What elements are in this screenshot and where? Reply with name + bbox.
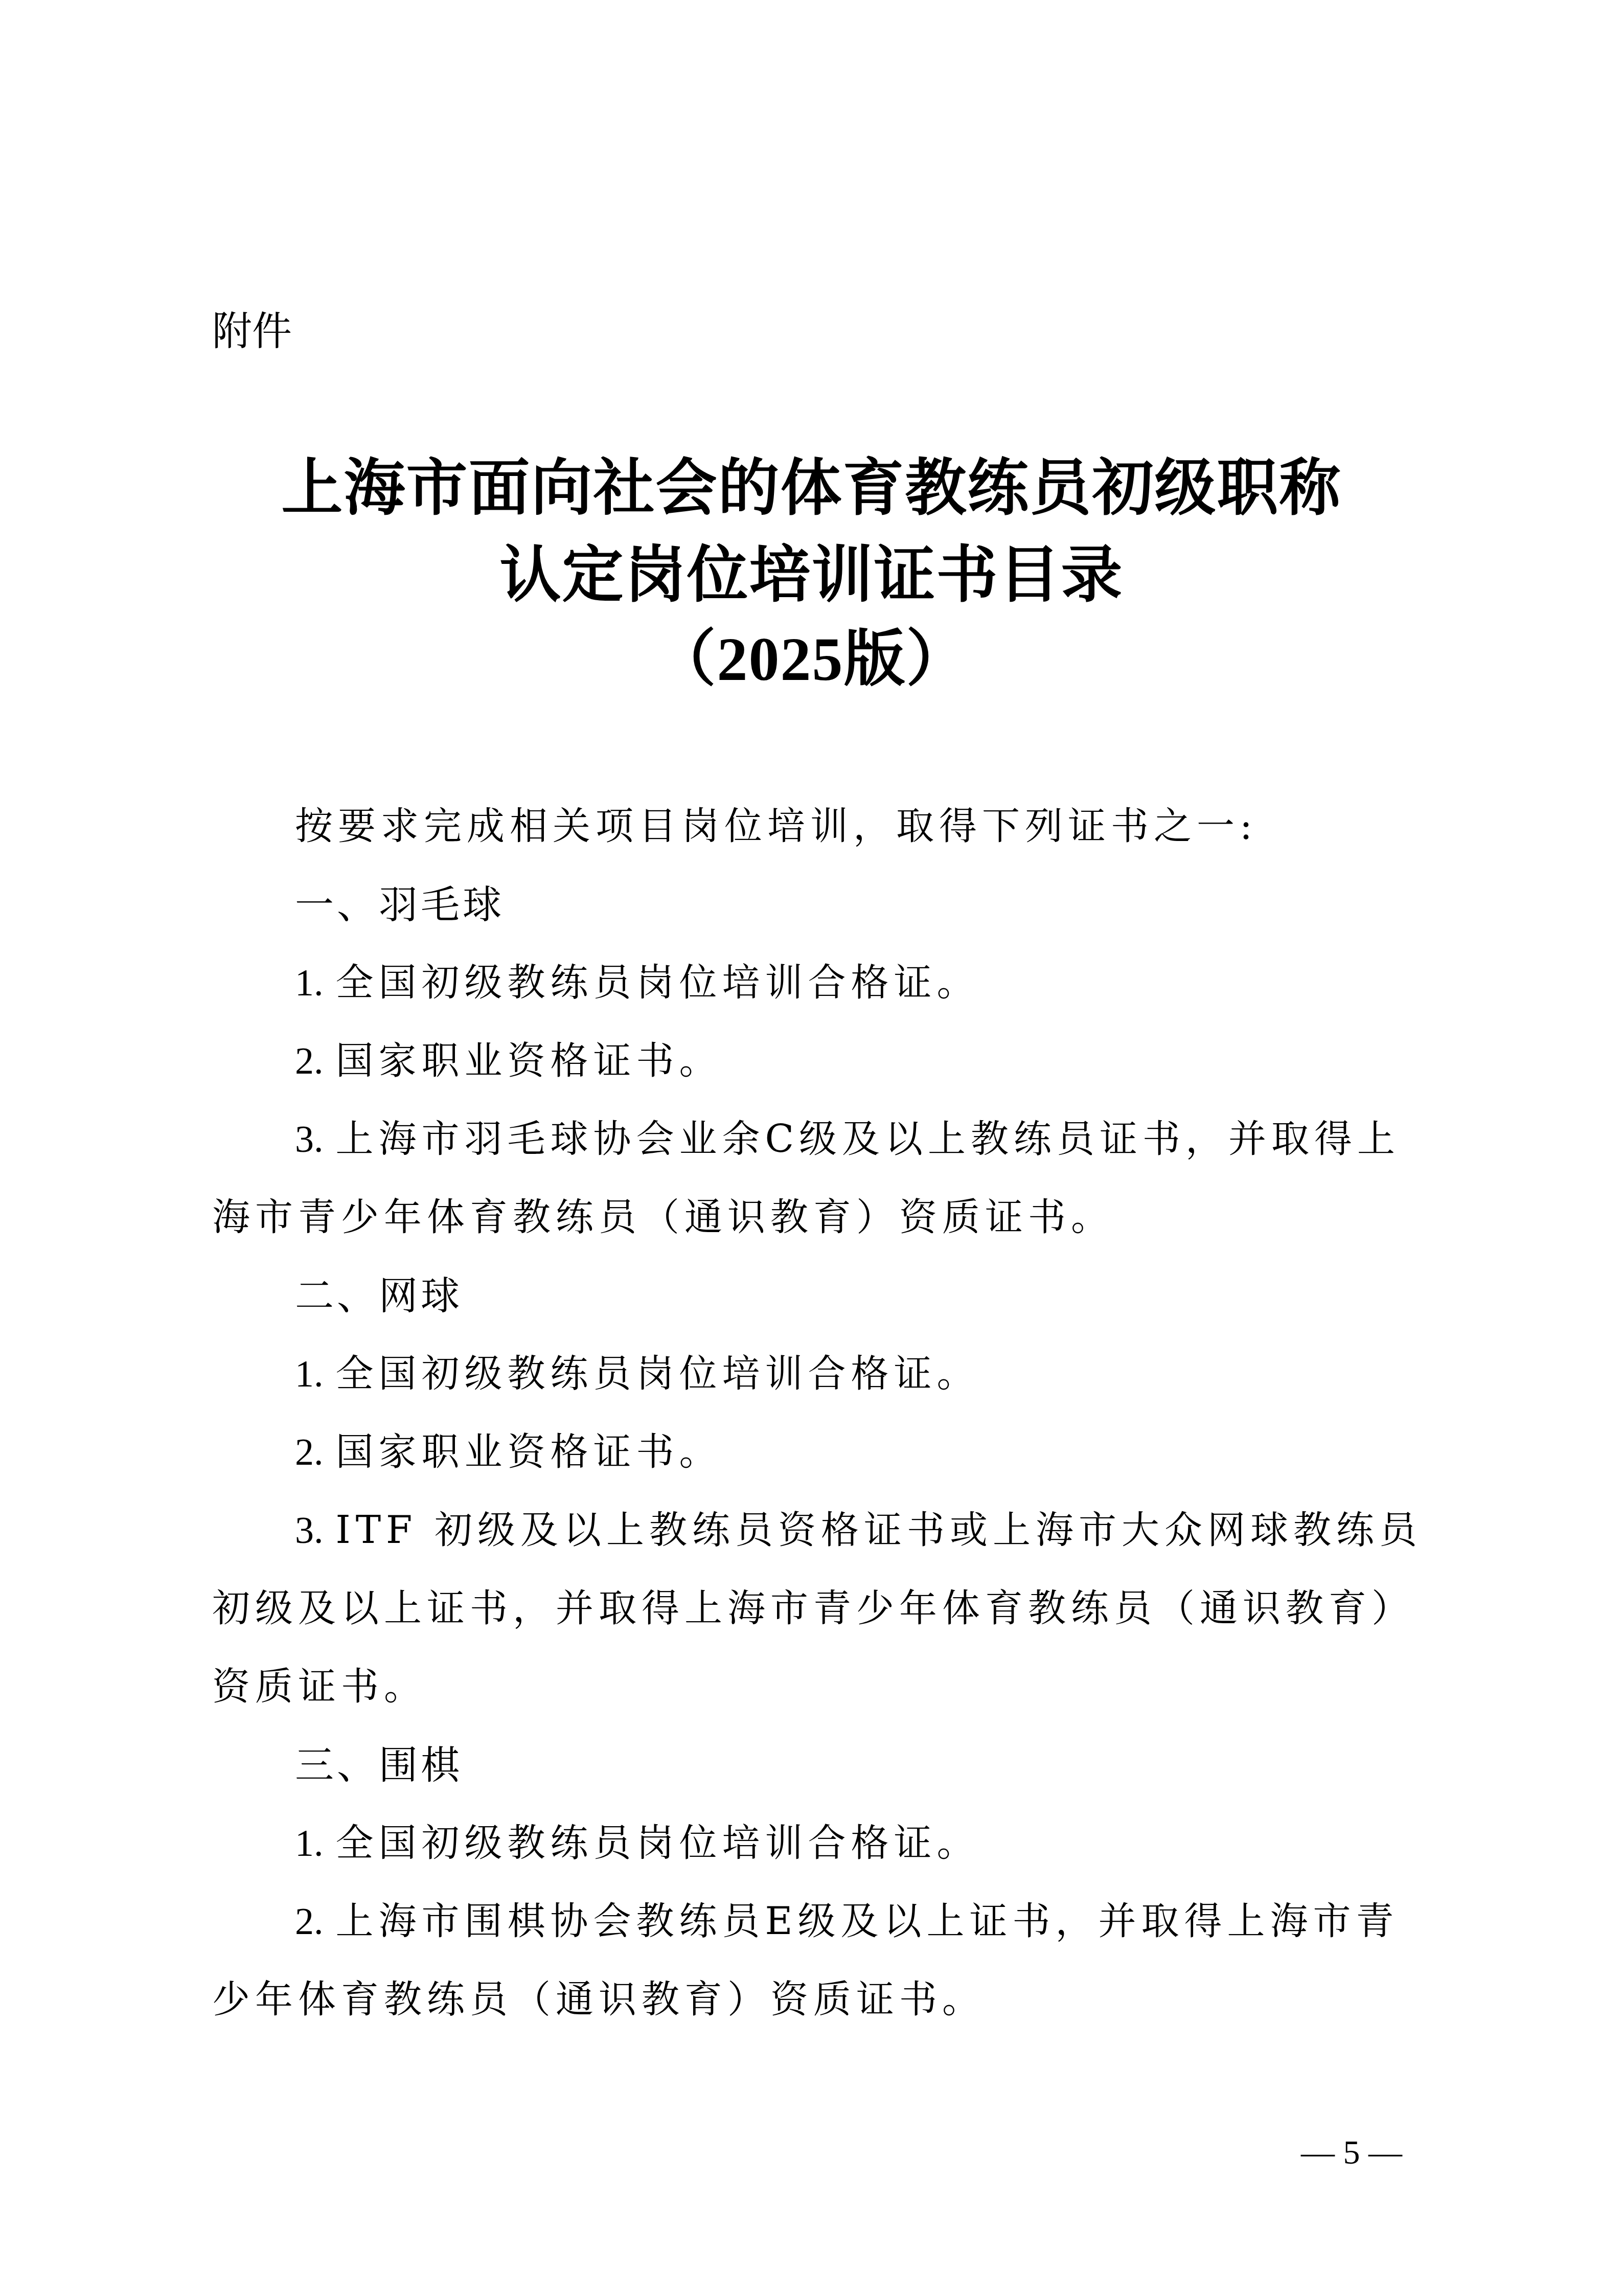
- list-item: 2.上海市围棋协会教练员E级及以上证书，并取得上海市青: [212, 1882, 1424, 1961]
- item-text: ITF 初级及以上教练员资格证书或上海市大众网球教练员: [336, 1508, 1422, 1552]
- item-text: 全国初级教练员岗位培训合格证。: [336, 961, 980, 1005]
- item-number: 2.: [295, 1431, 324, 1473]
- attachment-label: 附件: [212, 312, 292, 352]
- list-item: 3.上海市羽毛球协会业余C级及以上教练员证书，并取得上: [212, 1100, 1424, 1178]
- section-heading-go: 三、围棋: [212, 1726, 1424, 1804]
- item-text: 全国初级教练员岗位培训合格证。: [336, 1821, 980, 1865]
- list-item-continuation: 少年体育教练员（通识教育）资质证书。: [212, 1961, 1424, 2039]
- item-text: 上海市羽毛球协会业余C级及以上教练员证书，并取得上: [336, 1117, 1401, 1161]
- list-item-continuation: 初级及以上证书，并取得上海市青少年体育教练员（通识教育）: [212, 1570, 1424, 1648]
- item-number: 1.: [295, 1353, 324, 1395]
- list-item: 3.ITF 初级及以上教练员资格证书或上海市大众网球教练员: [212, 1491, 1424, 1570]
- document-body: 按要求完成相关项目岗位培训，取得下列证书之一: 一、羽毛球 1.全国初级教练员岗…: [212, 787, 1424, 2039]
- document-title-edition: （2025版）: [0, 629, 1623, 690]
- list-item: 1.全国初级教练员岗位培训合格证。: [212, 1335, 1424, 1413]
- document-title-line-2: 认定岗位培训证书目录: [0, 544, 1623, 606]
- list-item: 2.国家职业资格证书。: [212, 1413, 1424, 1491]
- item-number: 1.: [295, 1823, 324, 1865]
- section-heading-tennis: 二、网球: [212, 1257, 1424, 1335]
- item-number: 3.: [295, 1119, 324, 1161]
- section-heading-badminton: 一、羽毛球: [212, 866, 1424, 944]
- list-item: 1.全国初级教练员岗位培训合格证。: [212, 944, 1424, 1022]
- item-text: 国家职业资格证书。: [336, 1039, 722, 1083]
- item-number: 2.: [295, 1040, 324, 1082]
- item-number: 2.: [295, 1901, 324, 1943]
- intro-paragraph: 按要求完成相关项目岗位培训，取得下列证书之一:: [212, 787, 1424, 866]
- list-item: 2.国家职业资格证书。: [212, 1022, 1424, 1100]
- item-number: 3.: [295, 1510, 324, 1552]
- page-number: — 5 —: [1301, 2136, 1402, 2170]
- list-item-continuation: 资质证书。: [212, 1648, 1424, 1726]
- document-page: 附件 上海市面向社会的体育教练员初级职称 认定岗位培训证书目录 （2025版） …: [0, 0, 1623, 2296]
- item-text: 全国初级教练员岗位培训合格证。: [336, 1352, 980, 1396]
- item-text: 上海市围棋协会教练员E级及以上证书，并取得上海市青: [336, 1899, 1399, 1943]
- list-item-continuation: 海市青少年体育教练员（通识教育）资质证书。: [212, 1178, 1424, 1257]
- item-text: 国家职业资格证书。: [336, 1430, 722, 1474]
- list-item: 1.全国初级教练员岗位培训合格证。: [212, 1804, 1424, 1882]
- document-title-line-1: 上海市面向社会的体育教练员初级职称: [0, 458, 1623, 519]
- item-number: 1.: [295, 962, 324, 1004]
